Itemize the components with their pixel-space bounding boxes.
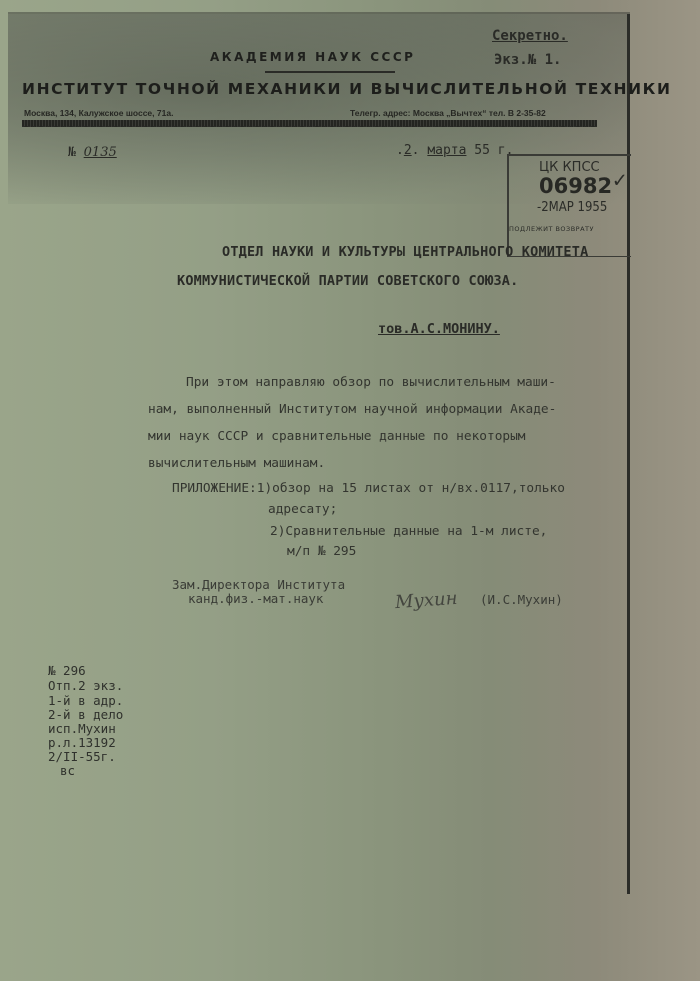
attachment-line: 2)Сравнительные данные на 1-м листе,	[270, 524, 547, 539]
outgoing-number-value: 0135	[84, 145, 117, 160]
outgoing-date: .2. марта 55 г.	[396, 143, 513, 158]
attachment-item-1: 1)обзор на 15 листах от н/вх.0117,только	[257, 481, 565, 496]
outgoing-number: № 0135	[68, 145, 117, 160]
outgoing-number-prefix: №	[68, 145, 76, 160]
handwritten-signature: Мухин	[394, 588, 458, 613]
reference-line: Отп.2 экз.	[48, 679, 123, 694]
stamp-organization: ЦК КПСС	[539, 160, 600, 175]
classification-mark: Секретно.	[492, 28, 568, 44]
attachments-label: ПРИЛОЖЕНИЕ:	[172, 481, 257, 496]
stamp-registration-number: 06982	[539, 174, 612, 198]
reference-line: вс	[60, 764, 75, 779]
attachment-line: ПРИЛОЖЕНИЕ:1)обзор на 15 листах от н/вх.…	[172, 481, 565, 496]
body-line: вычислительным машинам.	[148, 456, 325, 471]
letterhead-divider	[22, 120, 597, 127]
registration-stamp: ЦК КПСС 06982 ✓ -2МАР 1955 ПОДЛЕЖИТ ВОЗВ…	[507, 154, 631, 257]
reference-line: 2/II-55г.	[48, 750, 116, 765]
page-top-edge	[8, 12, 630, 14]
body-line: При этом направляю обзор по вычислительн…	[186, 375, 556, 390]
addressee-line-1: ОТДЕЛ НАУКИ И КУЛЬТУРЫ ЦЕНТРАЛЬНОГО КОМИ…	[222, 244, 588, 260]
date-day: 2	[404, 143, 412, 158]
date-month: марта	[427, 143, 466, 158]
body-line: нам, выполненный Институтом научной инфо…	[148, 402, 556, 417]
institute-name: ИНСТИТУТ ТОЧНОЙ МЕХАНИКИ И ВЫЧИСЛИТЕЛЬНО…	[22, 80, 672, 98]
signatory-name: (И.С.Мухин)	[480, 592, 563, 607]
academy-underline	[265, 71, 395, 73]
signatory-title: Зам.Директора Института	[172, 577, 345, 592]
telegraph-address: Телегр. адрес: Москва „Вычтех“ тел. В 2-…	[350, 108, 546, 118]
body-line: мии наук СССР и сравнительные данные по …	[148, 429, 526, 444]
check-mark-icon: ✓	[613, 168, 626, 193]
addressee-line-2: КОММУНИСТИЧЕСКОЙ ПАРТИИ СОВЕТСКОГО СОЮЗА…	[177, 273, 518, 289]
institute-address: Москва, 134, Калужское шоссе, 71а.	[24, 108, 173, 118]
attachment-line: м/п № 295	[287, 544, 356, 559]
academy-name: АКАДЕМИЯ НАУК СССР	[210, 50, 415, 64]
reference-line: № 296	[48, 664, 86, 679]
attachment-line: адресату;	[268, 502, 337, 517]
signatory-degree: канд.физ.-мат.наук	[188, 591, 323, 606]
copy-number: Экз.№ 1.	[494, 52, 561, 68]
stamp-return-note: ПОДЛЕЖИТ ВОЗВРАТУ	[509, 225, 594, 233]
stamp-received-date: -2МАР 1955	[537, 200, 607, 215]
page-right-edge-rule	[627, 14, 630, 894]
recipient-name: тов.А.С.МОНИНУ.	[378, 321, 500, 337]
